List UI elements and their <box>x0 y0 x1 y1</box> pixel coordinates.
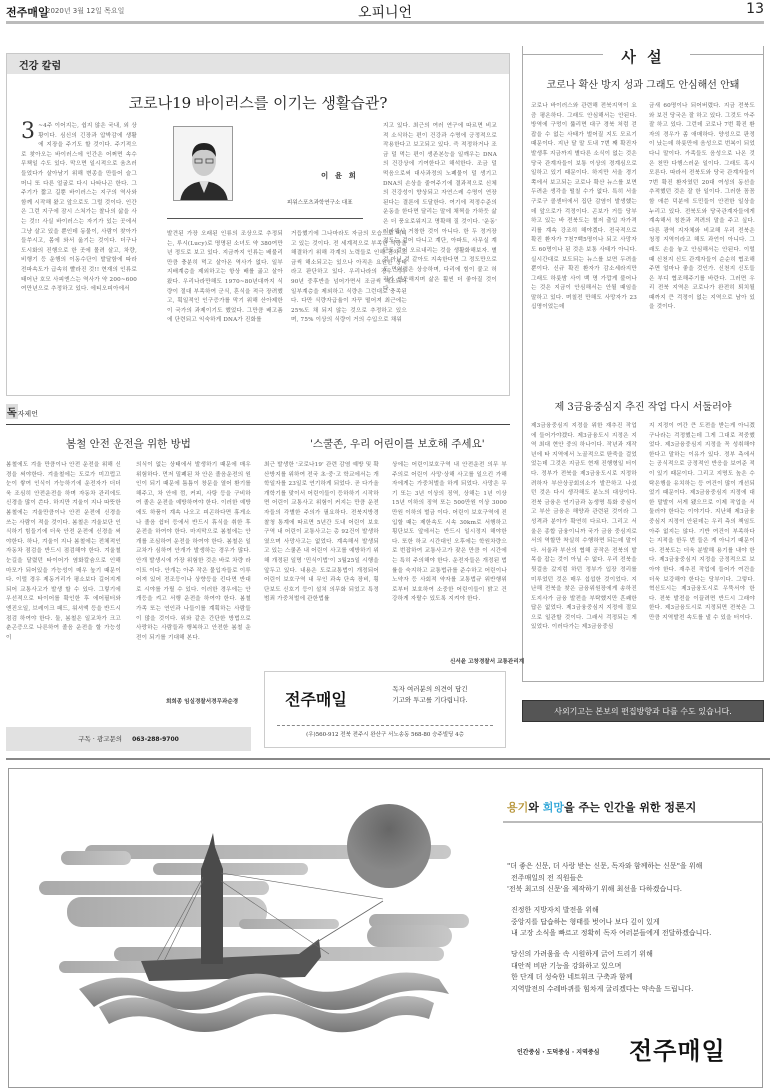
byline: 희희종 임실경찰서경무과순경 <box>166 697 238 705</box>
contribution-message: 독자 여러분의 의견이 담긴 기고와 투고를 기다립니다. <box>365 684 495 706</box>
ship-illustration-icon <box>9 769 469 1089</box>
brand-logo: 전주매일 <box>285 687 347 710</box>
ad-paragraph: 당신의 가려움을 속 시원하게 긁어 드리기 위해 대안적 비판 기능을 강화하… <box>511 949 693 995</box>
subscription-bar: 구독 · 광고문의063-288-9700 <box>6 727 251 751</box>
article-column: 3~4주 이어지는, 쉽지 않은 국내, 외 상황이다. 심신의 긴장과 압박감… <box>21 122 137 295</box>
section-title: 오피니언 <box>6 2 764 22</box>
reader-column: 봄철에도 겨울 만큼이나 안전 운전을 위해 신경을 써야한다. 겨울철에는 도… <box>6 461 121 711</box>
column-tag: 건강 칼럼 <box>7 54 509 74</box>
newspaper-ad: 용기와 희망을 주는 인간을 위한 정론지 "더 좋은 신문, 더 사랑 받는 … <box>8 768 763 1088</box>
portrait-icon <box>174 127 233 201</box>
dropcap: 3 <box>21 122 35 142</box>
contribution-box: 전주매일 독자 여러분의 의견이 담긴 기고와 투고를 기다립니다. (우)56… <box>264 671 506 748</box>
page-number: 13 <box>746 1 764 17</box>
author-name: 이 윤 희 <box>321 170 358 181</box>
ad-paragraph: 진정한 지방자치 발전을 위해 중앙지를 답습하는 형태를 벗어나 보다 깊이 … <box>511 905 711 940</box>
brand-logo: 전주매일 <box>629 1031 726 1066</box>
phone-number: 063-288-9700 <box>132 736 179 743</box>
editorial-title: 코로나 확산 방지 성과 그래도 안심해선 안돼 <box>523 76 763 91</box>
article-column: 발견된 가장 오래된 인류의 조상으로 추정되는, 루시(Lucy)로 명명된 … <box>167 230 283 326</box>
reader-section-tag: 독자제언 <box>6 404 38 419</box>
editorial-column: 제3금융중심지 지정을 위한 재추진 작업에 들어가야겠다. 제3금융도시 지정… <box>531 422 637 672</box>
reader-column: 상에는 어린이보호구역 내 안전운전 의무 부주의로 어린이 사망·상해 사고를… <box>392 461 507 663</box>
health-column: 건강 칼럼 코로나19 바이러스를 이기는 생활습관? 3~4주 이어지는, 쉽… <box>6 53 510 396</box>
reader-article-title: 봄철 안전 운전을 위한 방법 <box>66 436 191 451</box>
ad-paragraph: "더 좋은 신문, 더 사랑 받는 신문, 독자와 함께하는 신문"을 위해 전… <box>507 861 702 896</box>
reader-column: 의식이 없는 상태에서 발생하기 때문에 매우 위험하다. 먼저 밀폐된 차 안… <box>136 461 251 691</box>
editorial-column: 지 지정이 여간 큰 도전을 받는게 아니겠구나라는 걱정했는데 그게 그대로 … <box>649 422 755 672</box>
article-column: 지고 있다. 최근의 여러 연구에 따르면 비교적 소식하는 편이 건강과 수명… <box>383 122 497 295</box>
address: (우)560-912 전북 전주시 완산구 서노송동 568-80 승주빌딩 4… <box>265 730 505 738</box>
editorial-heading: 사 설 <box>523 46 763 67</box>
ad-motto: 인간중심 · 도덕중심 · 지역중심 <box>517 1047 599 1056</box>
author-photo <box>173 126 233 201</box>
author-role: 피워스포츠과학연구소 대표 <box>287 198 353 206</box>
reader-column: 최근 발생한 '코로나19' 관련 감염 예방 및 확산방지를 위하여 전국 초… <box>264 461 379 663</box>
masthead: 전주매일 2020년 3월 12일 목요일 오피니언 13 <box>6 0 764 24</box>
editorial-column: 금새 60명이나 되어버렸다. 지금 전북도와 보건 당국은 잘 하고 있다. … <box>649 102 755 392</box>
slogan: 용기와 희망을 주는 인간을 위한 정론지 <box>507 799 696 815</box>
editorial-column: 코로나 바이러스와 관련해 전북지역이 요즘 평온하다. 그래도 안심해서는 안… <box>531 102 637 392</box>
masthead-rule <box>6 21 764 24</box>
author-rule <box>167 218 363 219</box>
editorial-title: 제 3금융중심지 추진 작업 다시 서둘러야 <box>523 398 763 413</box>
article-title: 코로나19 바이러스를 이기는 생활습관? <box>7 92 509 113</box>
byline: 신서윤 고창경찰서 교통관리계 <box>450 657 524 665</box>
contribution-notice: 사외기고는 본보의 편집방향과 다를 수도 있습니다. <box>522 700 764 722</box>
reader-article-title: '스쿨존, 우리 어린이를 보호해 주세요' <box>310 436 485 451</box>
editorial-section: 사 설 코로나 확산 방지 성과 그래도 안심해선 안돼 코로나 바이러스와 관… <box>522 46 764 682</box>
